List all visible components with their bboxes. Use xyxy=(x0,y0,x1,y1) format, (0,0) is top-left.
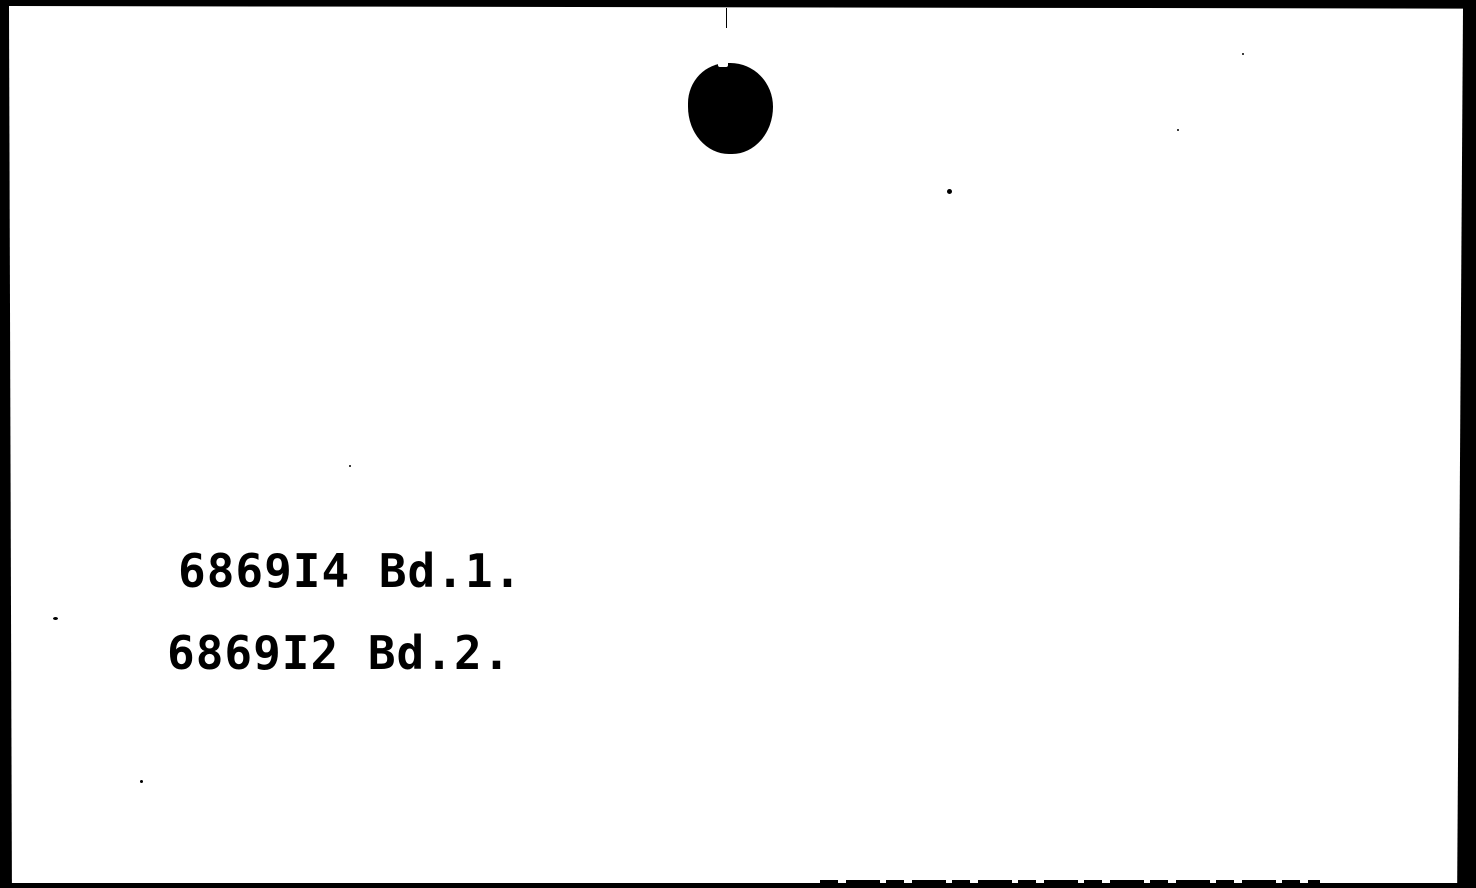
card-line-volume-2: 6869I2 Bd.2. xyxy=(167,630,511,676)
scan-speck xyxy=(53,617,58,620)
card-line-volume-1: 6869I4 Bd.1. xyxy=(178,548,522,594)
scan-speck xyxy=(1242,53,1244,55)
punch-hole-notch xyxy=(718,55,728,67)
scan-speck xyxy=(1177,129,1179,131)
scan-hairline xyxy=(726,8,727,28)
punch-hole xyxy=(688,63,773,154)
scan-edge-noise xyxy=(820,880,1320,883)
scan-speck xyxy=(947,189,952,194)
scan-speck xyxy=(140,780,143,783)
scan-speck xyxy=(349,465,351,467)
